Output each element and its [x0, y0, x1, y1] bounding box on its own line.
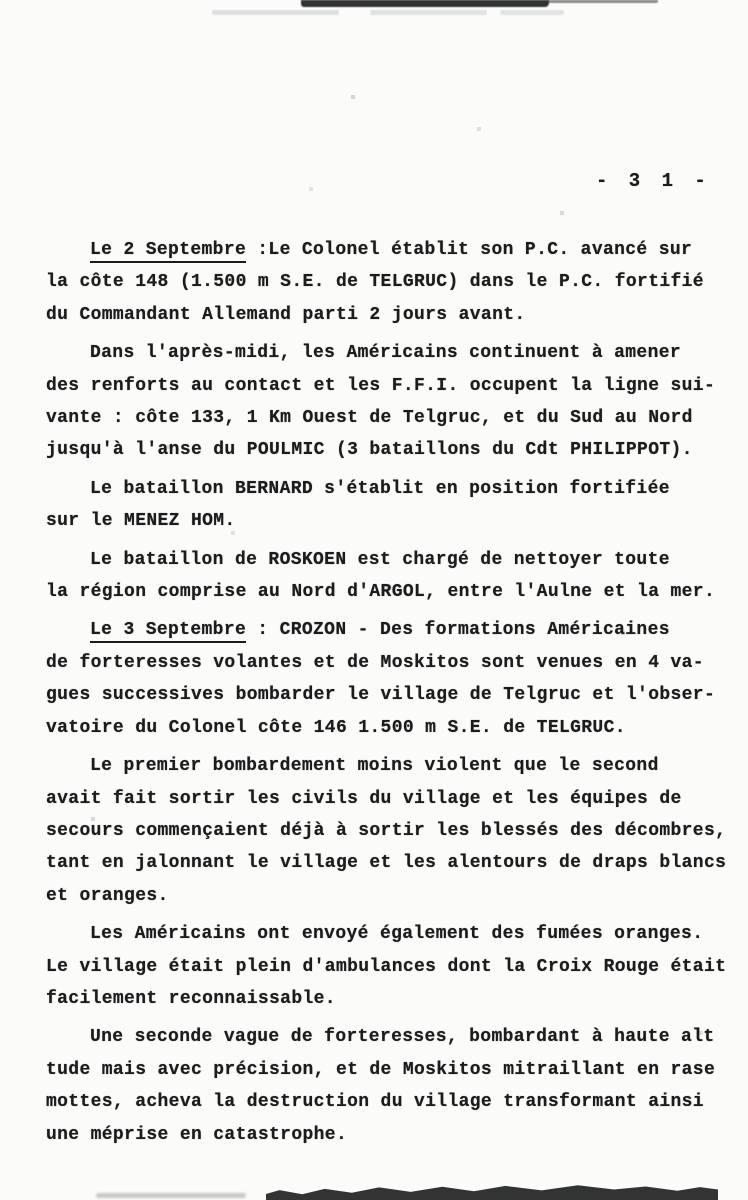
line-text: avait fait sortir les civils du village …	[46, 789, 682, 809]
line-text: vatoire du Colonel côte 146 1.500 m S.E.…	[46, 718, 626, 738]
text-line: la région comprise au Nord d'ARGOL, entr…	[46, 576, 722, 608]
text-line: Le bataillon de ROSKOEN est chargé de ne…	[46, 544, 722, 576]
scan-artifact-bottom-bar	[266, 1185, 718, 1200]
text-line: des renforts au contact et les F.F.I. oc…	[46, 370, 722, 402]
line-text: Une seconde vague de forteresses, bombar…	[90, 1027, 715, 1047]
text-line: Une seconde vague de forteresses, bombar…	[46, 1021, 722, 1053]
line-text: Le bataillon de ROSKOEN est chargé de ne…	[90, 550, 670, 570]
line-text: vante : côte 133, 1 Km Ouest de Telgruc,…	[46, 408, 693, 428]
scan-artifact-top-bar	[301, 0, 549, 7]
paragraph: Le bataillon de ROSKOEN est chargé de ne…	[46, 544, 722, 609]
text-line: de forteresses volantes et de Moskitos s…	[46, 647, 722, 679]
line-text: la côte 148 (1.500 m S.E. de TELGRUC) da…	[46, 272, 704, 292]
text-line: Le village était plein d'ambulances dont…	[46, 951, 722, 983]
line-text: gues successives bombarder le village de…	[46, 685, 715, 705]
line-text: Le village était plein d'ambulances dont…	[46, 957, 726, 977]
text-line: Le 2 Septembre :Le Colonel établit son P…	[46, 234, 722, 266]
line-text: Dans l'après-midi, les Américains contin…	[90, 343, 681, 363]
paragraph: Le bataillon BERNARD s'établit en positi…	[46, 473, 722, 538]
page-number: - 3 1 -	[596, 170, 711, 192]
text-line: une méprise en catastrophe.	[46, 1119, 722, 1151]
text-line: secours commençaient déjà à sortir les b…	[46, 815, 722, 847]
line-text: secours commençaient déjà à sortir les b…	[46, 821, 726, 841]
text-line: tude mais avec précision, et de Moskitos…	[46, 1054, 722, 1086]
line-text: Les Américains ont envoyé également des …	[90, 924, 703, 944]
text-line: et oranges.	[46, 880, 722, 912]
line-text: une méprise en catastrophe.	[46, 1125, 347, 1145]
scan-artifact-bottom-smudge	[96, 1193, 246, 1198]
text-line: Les Américains ont envoyé également des …	[46, 918, 722, 950]
text-line: Le 3 Septembre : CROZON - Des formations…	[46, 614, 722, 646]
line-text: facilement reconnaissable.	[46, 989, 336, 1009]
paragraph: Les Américains ont envoyé également des …	[46, 918, 722, 1015]
paragraph: Le 3 Septembre : CROZON - Des formations…	[46, 614, 722, 744]
text-line: Dans l'après-midi, les Américains contin…	[46, 337, 722, 369]
text-line: Le premier bombardement moins violent qu…	[46, 750, 722, 782]
text-line: vatoire du Colonel côte 146 1.500 m S.E.…	[46, 712, 722, 744]
line-text: et oranges.	[46, 886, 169, 906]
text-line: avait fait sortir les civils du village …	[46, 783, 722, 815]
text-line: tant en jalonnant le village et les alen…	[46, 847, 722, 879]
text-line: sur le MENEZ HOM.	[46, 505, 722, 537]
text-line: la côte 148 (1.500 m S.E. de TELGRUC) da…	[46, 266, 722, 298]
line-text: tant en jalonnant le village et les alen…	[46, 853, 726, 873]
text-line: mottes, acheva la destruction du village…	[46, 1086, 722, 1118]
line-text: des renforts au contact et les F.F.I. oc…	[46, 376, 715, 396]
paragraph: Le 2 Septembre :Le Colonel établit son P…	[46, 234, 722, 331]
line-text: sur le MENEZ HOM.	[46, 511, 236, 531]
line-text: jusqu'à l'anse du POULMIC (3 bataillons …	[46, 440, 693, 460]
line-text: du Commandant Allemand parti 2 jours ava…	[46, 305, 526, 325]
paragraph: Le premier bombardement moins violent qu…	[46, 750, 722, 912]
line-text: Le bataillon BERNARD s'établit en positi…	[90, 479, 670, 499]
paper-speckles	[0, 0, 2, 2]
scan-artifact-top-tail	[548, 0, 658, 3]
line-text: mottes, acheva la destruction du village…	[46, 1092, 704, 1112]
underlined-date: Le 2 Septembre	[90, 240, 246, 263]
line-text: tude mais avec précision, et de Moskitos…	[46, 1060, 715, 1080]
text-line: facilement reconnaissable.	[46, 983, 722, 1015]
text-line: vante : côte 133, 1 Km Ouest de Telgruc,…	[46, 402, 722, 434]
scanned-page: - 3 1 - Le 2 Septembre :Le Colonel établ…	[0, 0, 748, 1200]
scan-artifact-top-smudge	[212, 10, 564, 15]
text-line: jusqu'à l'anse du POULMIC (3 bataillons …	[46, 434, 722, 466]
text-line: du Commandant Allemand parti 2 jours ava…	[46, 299, 722, 331]
text-line: gues successives bombarder le village de…	[46, 679, 722, 711]
line-text: la région comprise au Nord d'ARGOL, entr…	[46, 582, 715, 602]
text-line: Le bataillon BERNARD s'établit en positi…	[46, 473, 722, 505]
line-text: de forteresses volantes et de Moskitos s…	[46, 653, 704, 673]
line-text: : CROZON - Des formations Américaines	[246, 620, 670, 640]
line-text: :Le Colonel établit son P.C. avancé sur	[246, 240, 692, 260]
document-body: Le 2 Septembre :Le Colonel établit son P…	[46, 234, 722, 1151]
paragraph: Dans l'après-midi, les Américains contin…	[46, 337, 722, 467]
paragraph: Une seconde vague de forteresses, bombar…	[46, 1021, 722, 1151]
underlined-date: Le 3 Septembre	[90, 620, 246, 643]
line-text: Le premier bombardement moins violent qu…	[90, 756, 659, 776]
